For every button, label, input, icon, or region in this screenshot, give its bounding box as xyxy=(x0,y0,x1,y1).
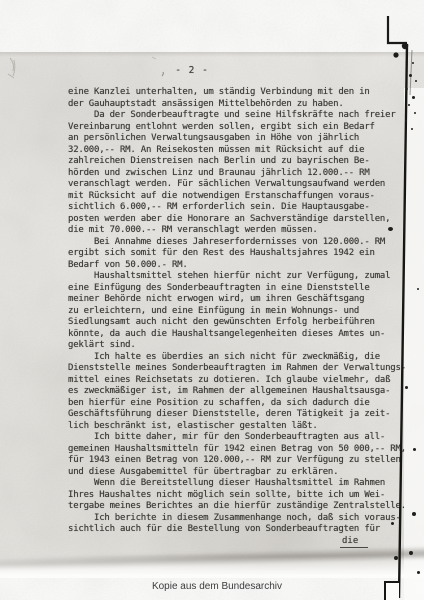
paper-top-edge-shade xyxy=(0,52,424,57)
document-body-text: eine Kanzlei unterhalten, um ständig Ver… xyxy=(68,87,416,536)
paragraph: Da der Sonderbeauftragte und seine Hilfs… xyxy=(68,110,416,237)
paragraph: Bei Annahme dieses Jahreserfordernisses … xyxy=(68,237,416,272)
paragraph: eine Kanzlei unterhalten, um ständig Ver… xyxy=(68,87,416,110)
catchword: die xyxy=(340,536,368,548)
page-number: - 2 - xyxy=(168,65,216,76)
paragraph: Ich bitte daher, mir für den Sonderbeauf… xyxy=(68,432,416,478)
paragraph: Ich halte es überdies an sich nicht für … xyxy=(68,352,416,433)
paragraph: Wenn die Bereitstellung dieser Haushalts… xyxy=(68,478,416,513)
paragraph: Ich berichte in diesem Zusammenhange noc… xyxy=(68,513,416,536)
paragraph: Haushaltsmittel stehen hierfür nicht zur… xyxy=(68,271,416,352)
archive-caption: Kopie aus dem Bundesarchiv xyxy=(0,581,424,592)
paper-bottom-fade xyxy=(0,556,424,578)
scanned-document-page: - 2 - eine Kanzlei unterhalten, um ständ… xyxy=(0,0,424,600)
